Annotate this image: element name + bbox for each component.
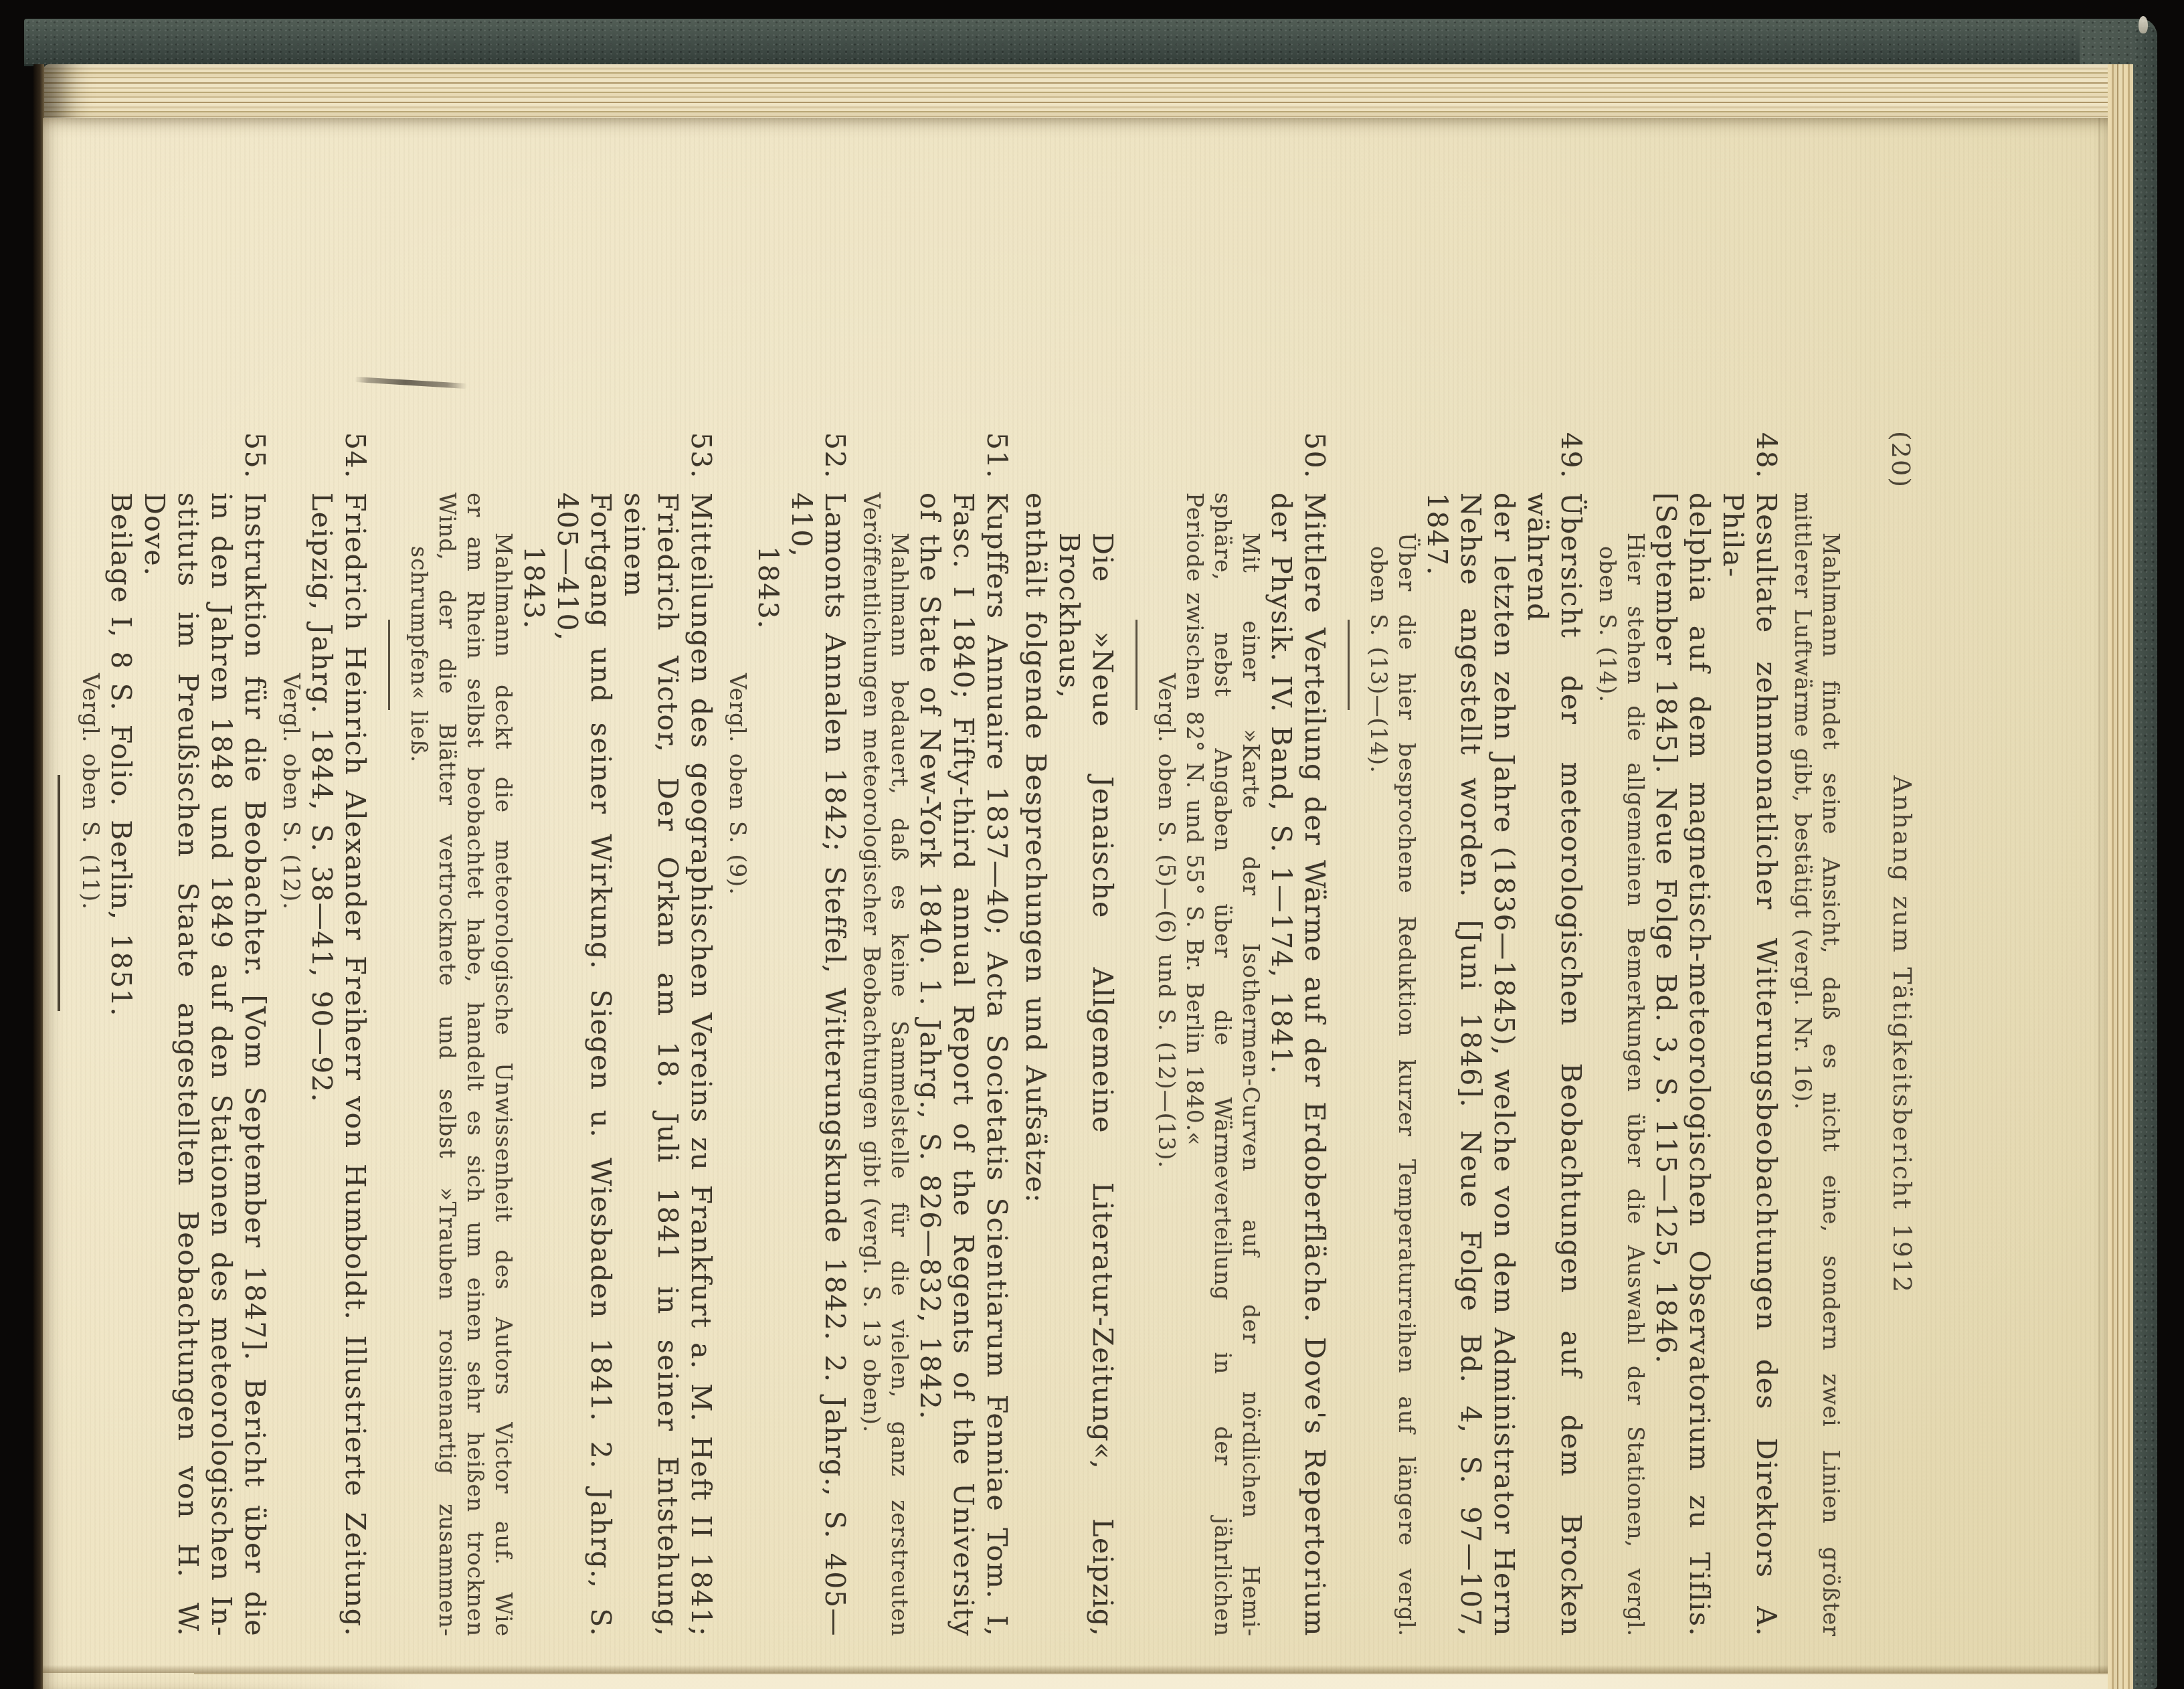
text-line: Die »Neue Jenaische Allgemeine Literatur… [1053, 432, 1119, 1637]
entry-number: 54. [339, 432, 372, 490]
under-page-edge [194, 1673, 2108, 1689]
text-line: Fasc. I 1840; Fifty-third annual Report … [947, 432, 980, 1637]
text-line: der Physik. IV. Band, S. 1—174, 1841. [1265, 432, 1298, 1637]
text-line: Über die hier besprochene Reduktion kurz… [1392, 432, 1421, 1637]
text-line: 49.Übersicht der meteorologischen Beobac… [1521, 432, 1588, 1637]
text-line: 52.Lamonts Annalen 1842; Steffel, Witter… [785, 432, 852, 1637]
text-line: stituts im Preußischen Staate angestellt… [138, 432, 205, 1637]
text-line: 1843. [751, 432, 785, 1637]
text-line: Mit einer »Karte der Isothermen-Curven a… [1237, 432, 1265, 1637]
text-line: Mahlmann deckt die meteorologische Unwis… [489, 432, 517, 1637]
entry-number: 48. [1750, 432, 1783, 490]
text-line: Mahlmann findet seine Ansicht, daß es ni… [1817, 432, 1845, 1637]
page-text-block: (20) Anhang zum Tätigkeitsbericht 1912 M… [44, 432, 1917, 1637]
text-line: 53.Mitteilungen des geographischen Verei… [685, 432, 718, 1637]
text-line: oben S. (13)—(14). [1364, 432, 1392, 1637]
text-line: Nehse angestellt worden. [Juni 1846]. Ne… [1421, 432, 1487, 1637]
end-rule [58, 775, 60, 1011]
running-title: Anhang zum Tätigkeitsbericht 1912 [1888, 432, 1917, 1637]
text-line: enthält folgende Besprechungen und Aufsä… [1019, 432, 1053, 1637]
text-line: Periode zwischen 82° N. und 55° S. Br. B… [1180, 432, 1208, 1637]
text-line: of the State of New-York 1840. 1. Jahrg.… [913, 432, 947, 1637]
text-line: Leipzig, Jahrg. 1844, S. 38—41, 90—92. [305, 432, 339, 1637]
page-edge-stack-right [2108, 64, 2133, 1689]
text-line: Vergl. oben S. (12). [277, 432, 305, 1637]
text-line: Veröffentlichungen meteorologischer Beob… [857, 432, 885, 1637]
entry-number: 50. [1298, 432, 1332, 490]
entry-number: 53. [685, 432, 718, 490]
text-line: schrumpfen« ließ. [405, 432, 433, 1637]
text-line: delphia auf dem magnetisch-meteorologisc… [1683, 432, 1716, 1637]
text-line: oben S. (14). [1593, 432, 1621, 1637]
page-number: (20) [1886, 431, 1916, 488]
book-cover-right-edge [2133, 27, 2157, 1689]
separator-rule [1348, 620, 1350, 710]
text-line: Vergl. oben S. (9). [723, 432, 751, 1637]
text-line: 51.Kupffers Annuaire 1837—40; Acta Socie… [980, 432, 1014, 1637]
entry-number: 51. [980, 432, 1014, 490]
text-line: mittlerer Luftwärme gibt, bestätigt (ver… [1789, 432, 1817, 1637]
text-line: Vergl. oben S. (5)—(6) und S. (12)—(13). [1152, 432, 1180, 1637]
page-edge-stack-top [43, 64, 2133, 118]
text-line: Fortgang und seiner Wirkung. Siegen u. W… [551, 432, 618, 1637]
entry-number: 55. [238, 432, 272, 490]
text-line: 50.Mittlere Verteilung der Wärme auf der… [1298, 432, 1332, 1637]
rotated-page-content: (20) Anhang zum Tätigkeitsbericht 1912 M… [43, 118, 2108, 1670]
text-line: Mahlmann bedauert, daß es keine Sammelst… [885, 432, 913, 1637]
text-line: [September 1845]. Neue Folge Bd. 3, S. 1… [1649, 432, 1683, 1637]
text-line: Beilage I, 8 S. Folio. Berlin, 1851. [104, 432, 138, 1637]
text-line: Vergl. oben S. (11). [76, 432, 104, 1637]
text-line: 48.Resultate zehnmonatlicher Witterungsb… [1716, 432, 1783, 1637]
text-line: in den Jahren 1848 und 1849 auf den Stat… [205, 432, 238, 1637]
pencil-margin-mark [355, 377, 467, 389]
text-line: er am Rhein selbst beobachtet habe, hand… [461, 432, 489, 1637]
text-line: 55.Instruktion für die Beobachter. [Vom … [238, 432, 272, 1637]
separator-rule [388, 620, 390, 710]
entry-number: 52. [818, 432, 852, 490]
text-line: 54.Friedrich Heinrich Alexander Freiherr… [339, 432, 372, 1637]
text-line: 1843. [517, 432, 551, 1637]
text-line: Hier stehen die allgemeinen Bemerkungen … [1621, 432, 1649, 1637]
running-head: (20) Anhang zum Tätigkeitsbericht 1912 [1882, 432, 1917, 1637]
text-line: der letzten zehn Jahre (1836—1845), welc… [1487, 432, 1521, 1637]
cover-corner-nick [2138, 16, 2148, 33]
text-line: sphäre, nebst Angaben über die Wärmevert… [1208, 432, 1237, 1637]
book-cover-top-edge [24, 19, 2156, 66]
text-line: Wind, der die Blätter vertrocknete und s… [433, 432, 461, 1637]
text-line: Friedrich Victor, Der Orkan am 18. Juli … [618, 432, 685, 1637]
scanned-book-photo: (20) Anhang zum Tätigkeitsbericht 1912 M… [0, 0, 2184, 1689]
separator-rule [1135, 620, 1137, 710]
entry-number: 49. [1554, 432, 1588, 490]
